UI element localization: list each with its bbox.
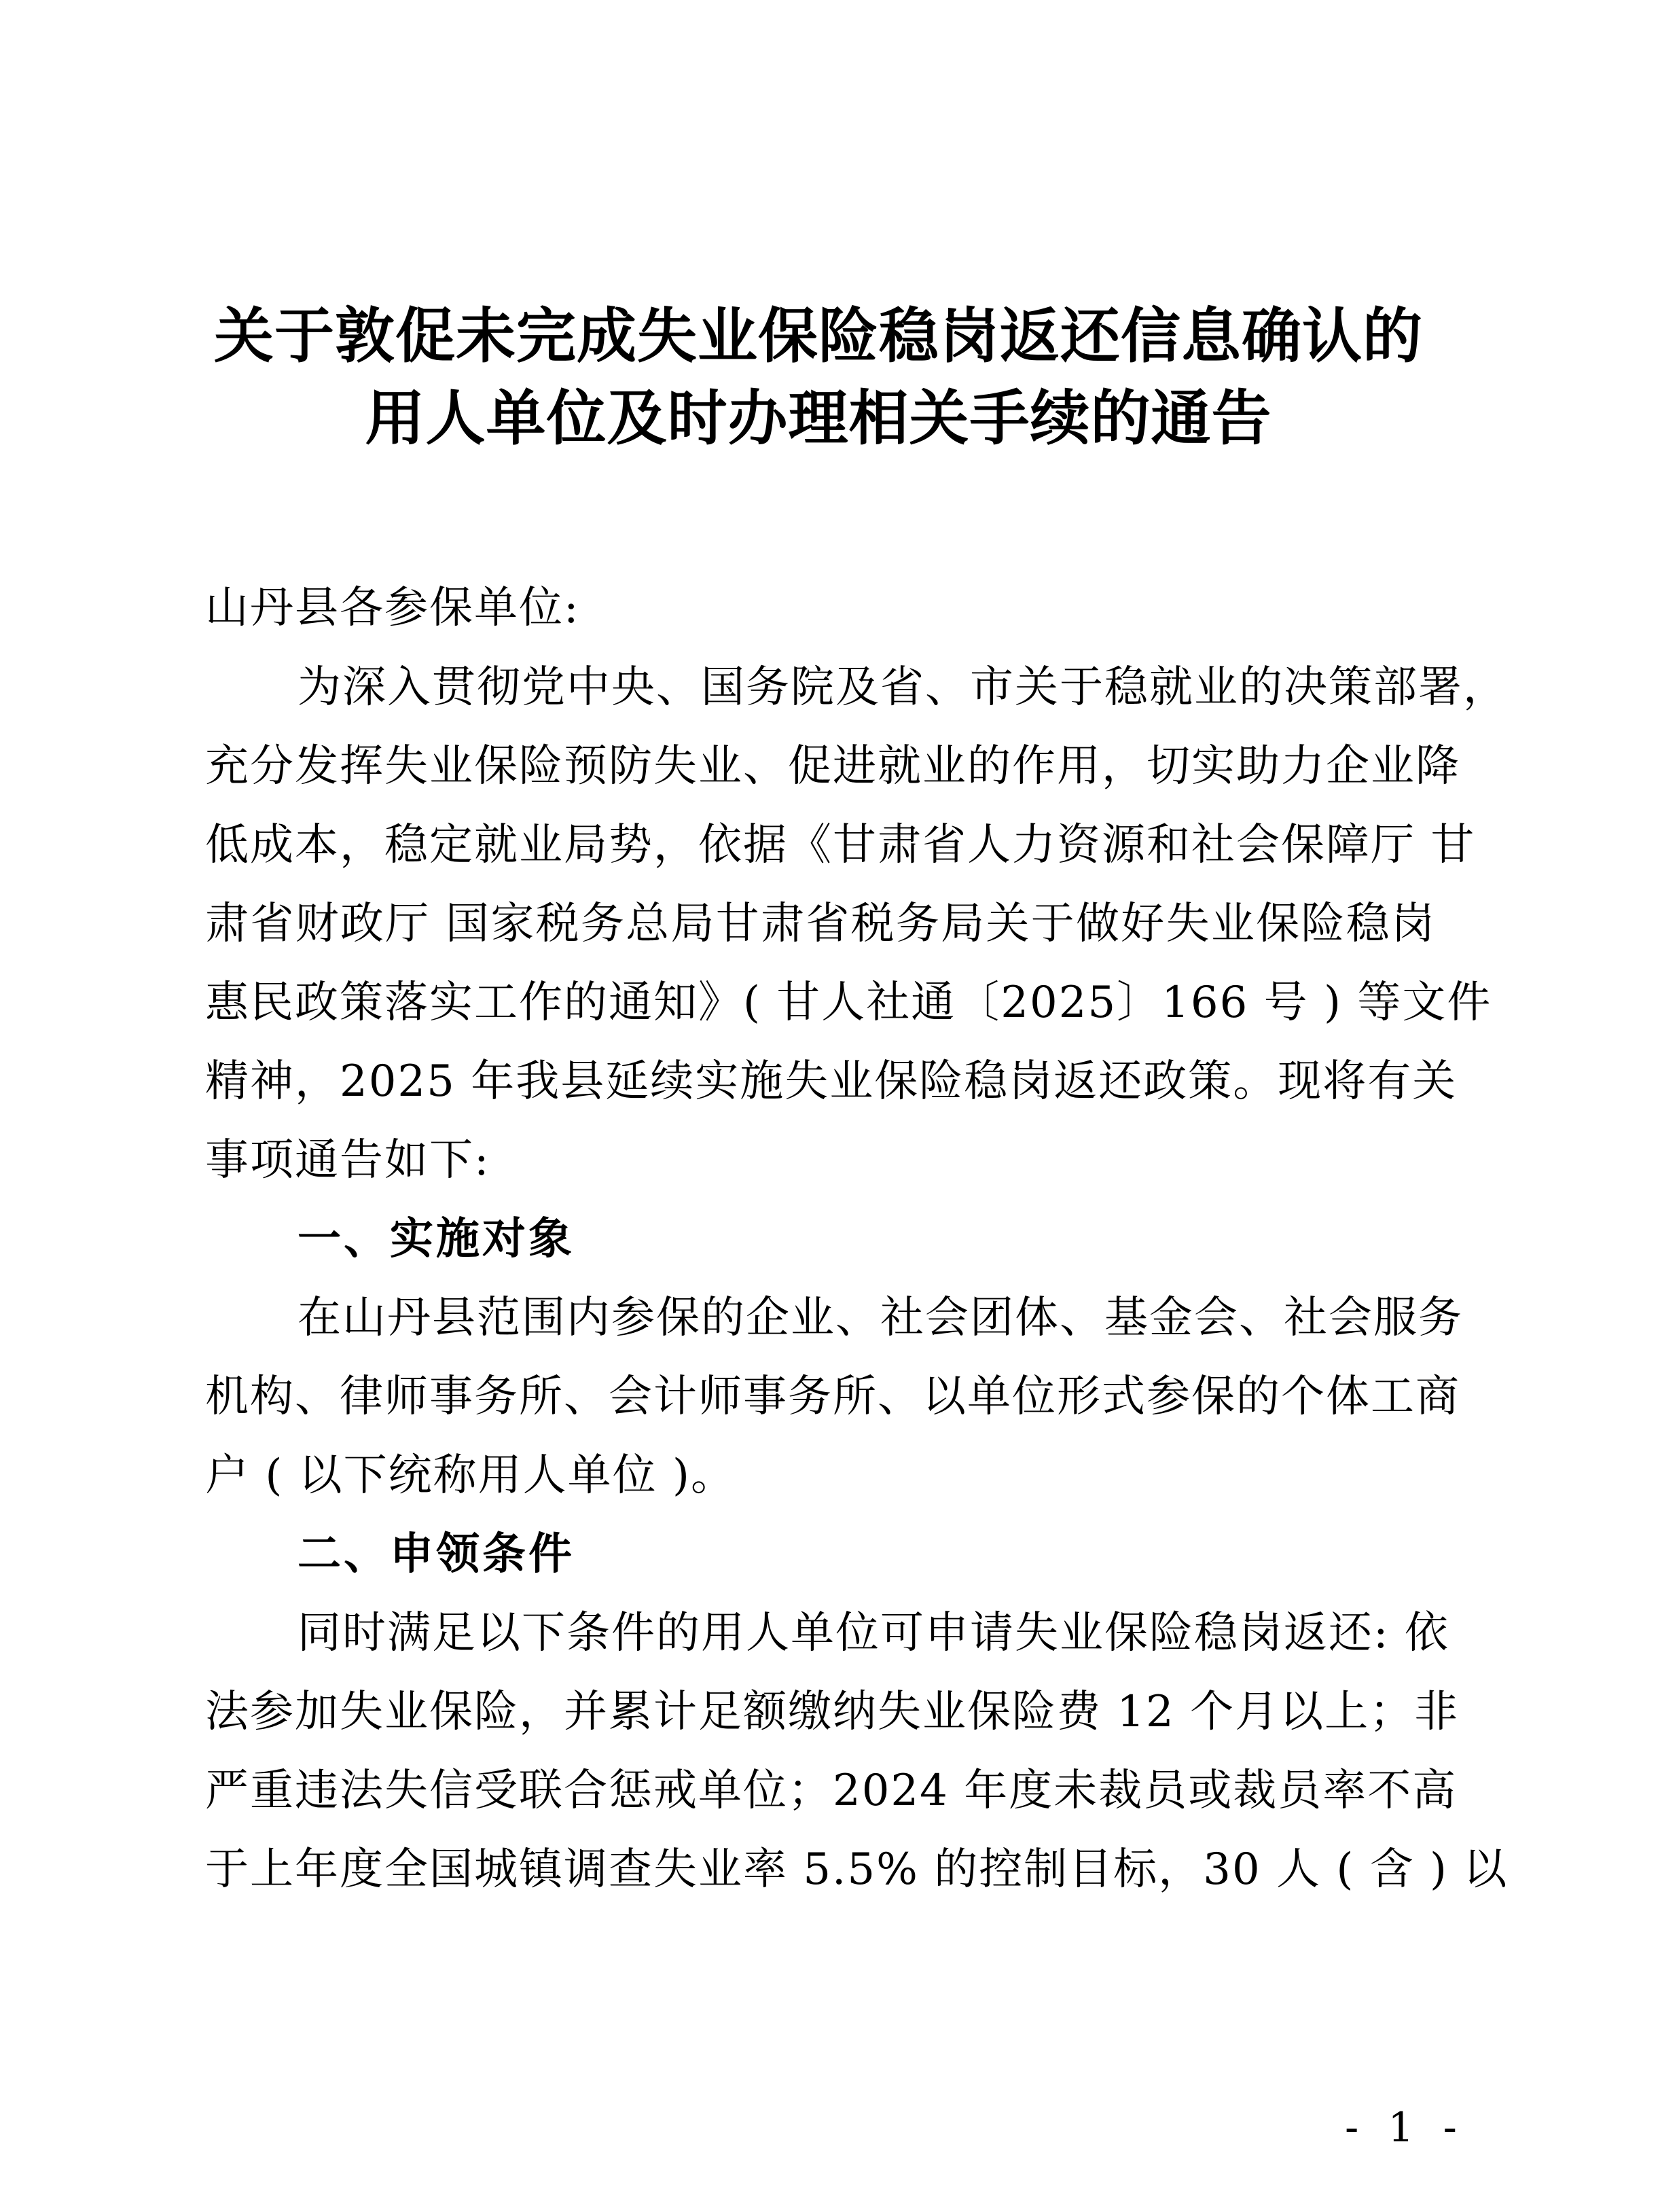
paragraph-line: 精神，2025 年我县延续实施失业保险稳岗返还政策。现将有关 bbox=[205, 1054, 1436, 1109]
paragraph-line: 同时满足以下条件的用人单位可申请失业保险稳岗返还: 依 bbox=[205, 1606, 1436, 1660]
paragraph-line: 充分发挥失业保险预防失业、促进就业的作用，切实助力企业降 bbox=[205, 739, 1436, 793]
paragraph-line: 为深入贯彻党中央、国务院及省、市关于稳就业的决策部署， bbox=[205, 660, 1436, 715]
paragraph-line: 法参加失业保险，并累计足额缴纳失业保险费 12 个月以上；非 bbox=[205, 1685, 1436, 1739]
document-title-line-2: 用人单位及时办理相关手续的通告 bbox=[204, 385, 1433, 452]
paragraph-line: 机构、律师事务所、会计师事务所、以单位形式参保的个体工商 bbox=[205, 1370, 1436, 1424]
document-title-line-1: 关于敦促未完成失业保险稳岗返还信息确认的 bbox=[204, 302, 1433, 370]
paragraph-line: 肃省财政厅 国家税务总局甘肃省税务局关于做好失业保险稳岗 bbox=[205, 897, 1436, 951]
paragraph-line: 于上年度全国城镇调查失业率 5.5% 的控制目标，30 人 ( 含 ) 以 bbox=[205, 1842, 1436, 1897]
document-page: 关于敦促未完成失业保险稳岗返还信息确认的 用人单位及时办理相关手续的通告 山丹县… bbox=[0, 0, 1660, 2212]
section-heading: 二、申领条件 bbox=[297, 1527, 575, 1582]
paragraph-line: 低成本，稳定就业局势，依据《甘肃省人力资源和社会保障厅 甘 bbox=[205, 818, 1436, 872]
salutation: 山丹县各参保单位: bbox=[205, 581, 1436, 635]
paragraph-line: 严重违法失信受联合惩戒单位；2024 年度未裁员或裁员率不高 bbox=[205, 1764, 1436, 1818]
paragraph-line: 事项通告如下: bbox=[205, 1133, 1436, 1188]
paragraph-line: 惠民政策落实工作的通知》( 甘人社通〔2025〕166 号 ) 等文件 bbox=[205, 976, 1436, 1030]
section-heading: 一、实施对象 bbox=[297, 1212, 575, 1266]
paragraph-line: 户 ( 以下统称用人单位 )。 bbox=[205, 1448, 1436, 1503]
paragraph-line: 在山丹县范围内参保的企业、社会团体、基金会、社会服务 bbox=[205, 1291, 1436, 1345]
page-number: - 1 - bbox=[1345, 2101, 1465, 2155]
